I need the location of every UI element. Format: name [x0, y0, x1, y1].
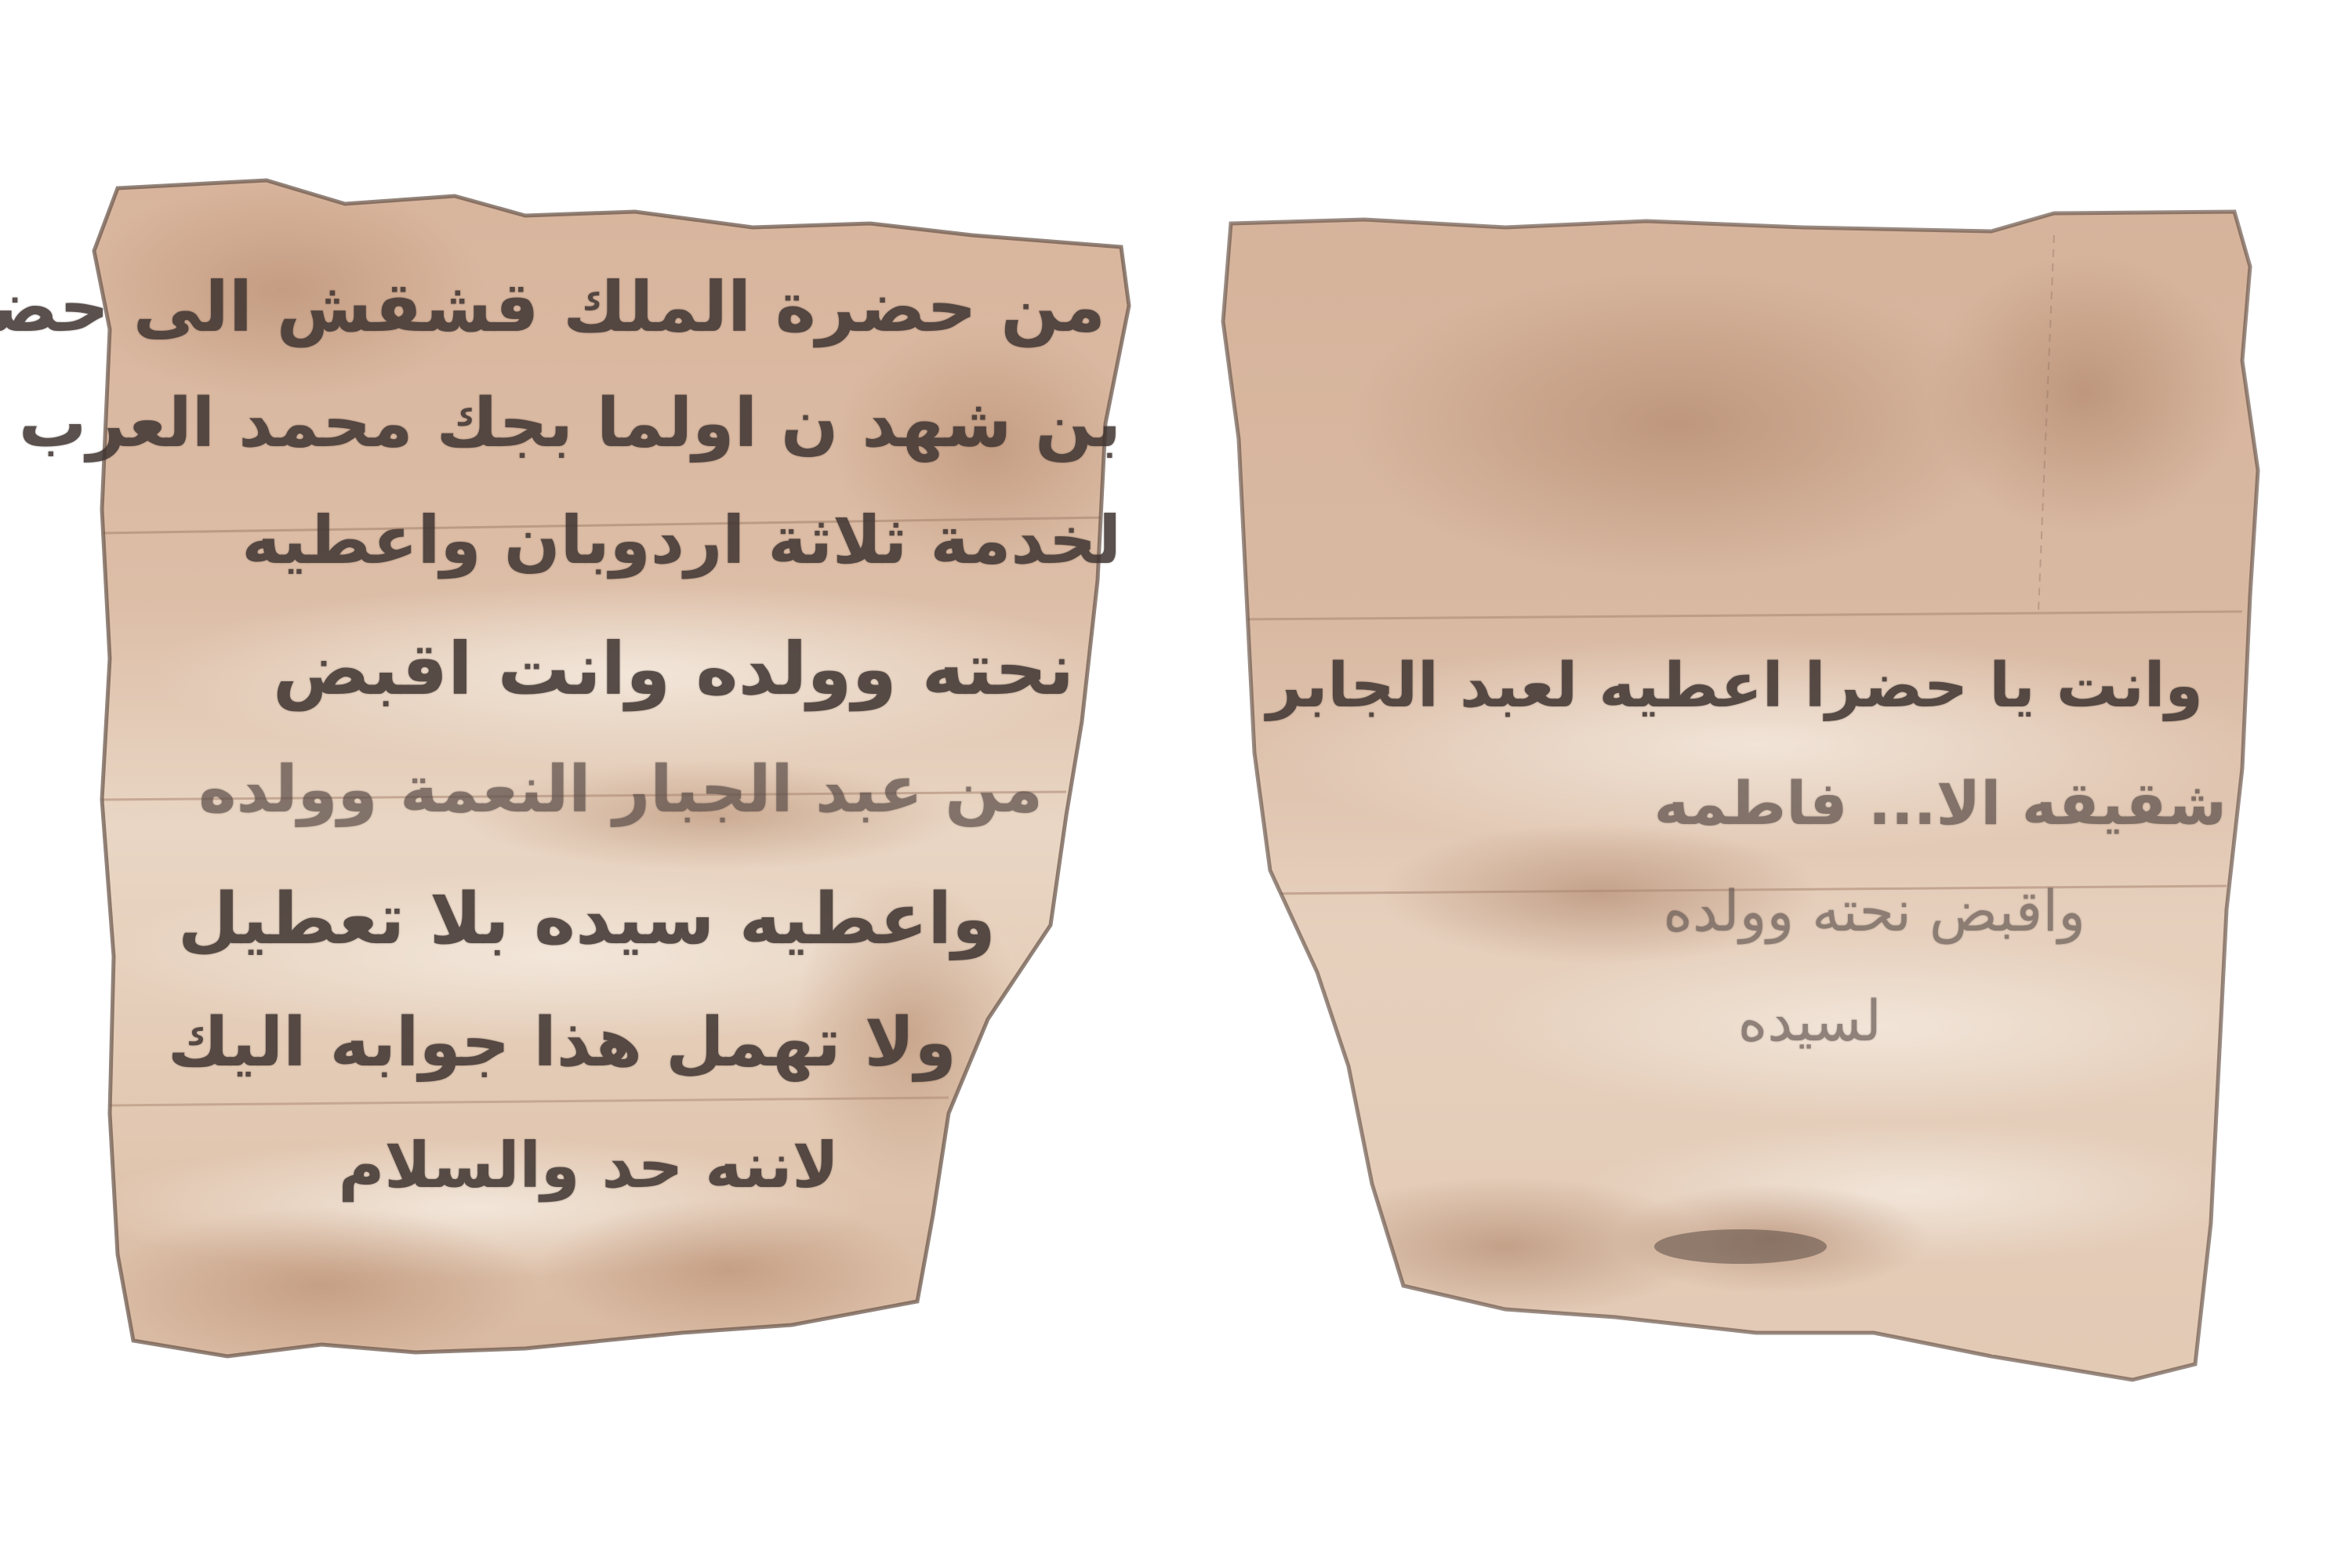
right-text-line-3: واقبض نحته وولده — [1663, 878, 2085, 944]
right-fragment-text: وانت يا حضرا اعطيه لعبد الجابر شقيقه الا… — [1207, 204, 2321, 1411]
left-fragment-text: من حضرة الملك قشقش الى حضر بن شهد ن اولم… — [86, 172, 1152, 1364]
left-text-line-2: بن شهد ن اولما بجك محمد العرب — [19, 384, 1121, 463]
manuscript-photo: من حضرة الملك قشقش الى حضر بن شهد ن اولم… — [0, 0, 2352, 1568]
left-manuscript-fragment: من حضرة الملك قشقش الى حضر بن شهد ن اولم… — [86, 172, 1152, 1364]
right-manuscript-fragment: وانت يا حضرا اعطيه لعبد الجابر شقيقه الا… — [1207, 204, 2321, 1411]
right-text-line-2: شقيقه الا... فاطمه — [1654, 768, 2227, 838]
left-text-line-8: لاننه حد والسلام — [339, 1129, 839, 1202]
left-text-line-1: من حضرة الملك قشقش الى حضر — [0, 267, 1105, 347]
left-text-line-6: واعطيه سيده بلا تعطيل — [178, 878, 996, 960]
left-text-line-3: لخدمة ثلاثة اردوبان واعطيه — [241, 502, 1121, 579]
left-text-line-5: من عبد الجبار النعمة وولده — [198, 753, 1043, 827]
left-text-line-7: ولا تهمل هذا جوابه اليك — [168, 1004, 956, 1082]
right-text-line-1: وانت يا حضرا اعطيه لعبد الجابر — [1267, 651, 2203, 721]
right-text-line-4: لسيده — [1738, 988, 1882, 1054]
left-text-line-4: نحته وولده وانت اقبض — [273, 627, 1074, 711]
